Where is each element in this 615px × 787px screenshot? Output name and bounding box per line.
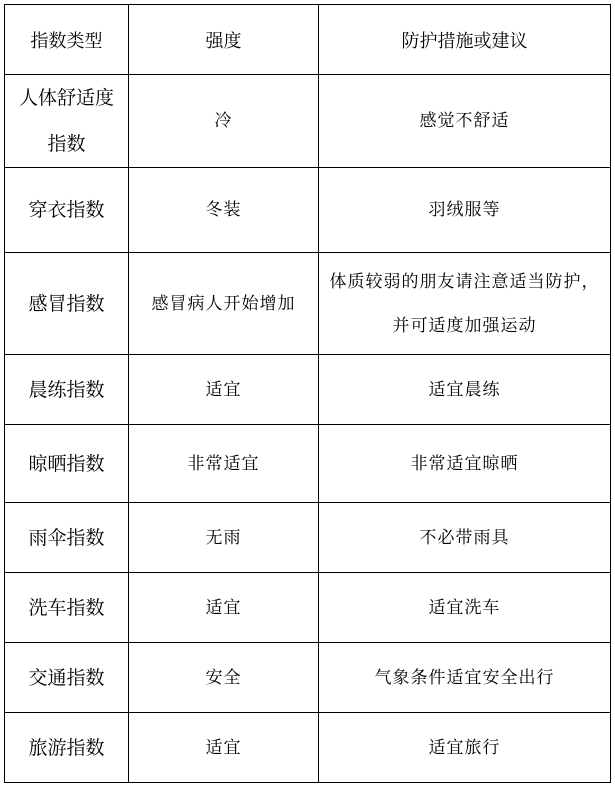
advice-cell: 适宜晨练: [319, 355, 611, 425]
table-row: 晨练指数 适宜 适宜晨练: [5, 355, 611, 425]
index-type-text: 人体舒适度指数: [15, 75, 119, 167]
table-header-row: 指数类型 强度 防护措施或建议: [5, 5, 611, 75]
index-type-cell: 交通指数: [5, 643, 129, 713]
table-row: 交通指数 安全 气象条件适宜安全出行: [5, 643, 611, 713]
intensity-cell: 适宜: [129, 355, 319, 425]
advice-cell: 适宜旅行: [319, 713, 611, 783]
advice-cell: 不必带雨具: [319, 503, 611, 573]
header-index-type: 指数类型: [5, 5, 129, 75]
intensity-cell: 非常适宜: [129, 425, 319, 503]
table-row: 感冒指数 感冒病人开始增加 体质较弱的朋友请注意适当防护，并可适度加强运动: [5, 253, 611, 355]
intensity-cell: 适宜: [129, 573, 319, 643]
advice-cell: 体质较弱的朋友请注意适当防护，并可适度加强运动: [319, 253, 611, 355]
intensity-cell: 无雨: [129, 503, 319, 573]
index-type-cell: 洗车指数: [5, 573, 129, 643]
index-type-cell: 晨练指数: [5, 355, 129, 425]
table-row: 人体舒适度指数 冷 感觉不舒适: [5, 75, 611, 168]
advice-cell: 羽绒服等: [319, 168, 611, 253]
intensity-cell: 冷: [129, 75, 319, 168]
table-row: 旅游指数 适宜 适宜旅行: [5, 713, 611, 783]
intensity-cell: 适宜: [129, 713, 319, 783]
table-row: 洗车指数 适宜 适宜洗车: [5, 573, 611, 643]
header-advice: 防护措施或建议: [319, 5, 611, 75]
index-type-cell: 人体舒适度指数: [5, 75, 129, 168]
intensity-cell: 感冒病人开始增加: [129, 253, 319, 355]
advice-cell: 适宜洗车: [319, 573, 611, 643]
intensity-cell: 冬装: [129, 168, 319, 253]
advice-cell: 感觉不舒适: [319, 75, 611, 168]
advice-cell: 非常适宜晾晒: [319, 425, 611, 503]
header-intensity: 强度: [129, 5, 319, 75]
table-row: 雨伞指数 无雨 不必带雨具: [5, 503, 611, 573]
table-row: 晾晒指数 非常适宜 非常适宜晾晒: [5, 425, 611, 503]
advice-cell: 气象条件适宜安全出行: [319, 643, 611, 713]
intensity-cell: 安全: [129, 643, 319, 713]
index-type-cell: 雨伞指数: [5, 503, 129, 573]
index-type-cell: 晾晒指数: [5, 425, 129, 503]
index-type-cell: 感冒指数: [5, 253, 129, 355]
table-row: 穿衣指数 冬装 羽绒服等: [5, 168, 611, 253]
weather-index-table: 指数类型 强度 防护措施或建议 人体舒适度指数 冷 感觉不舒适 穿衣指数 冬装 …: [4, 4, 611, 783]
index-type-cell: 穿衣指数: [5, 168, 129, 253]
index-type-cell: 旅游指数: [5, 713, 129, 783]
